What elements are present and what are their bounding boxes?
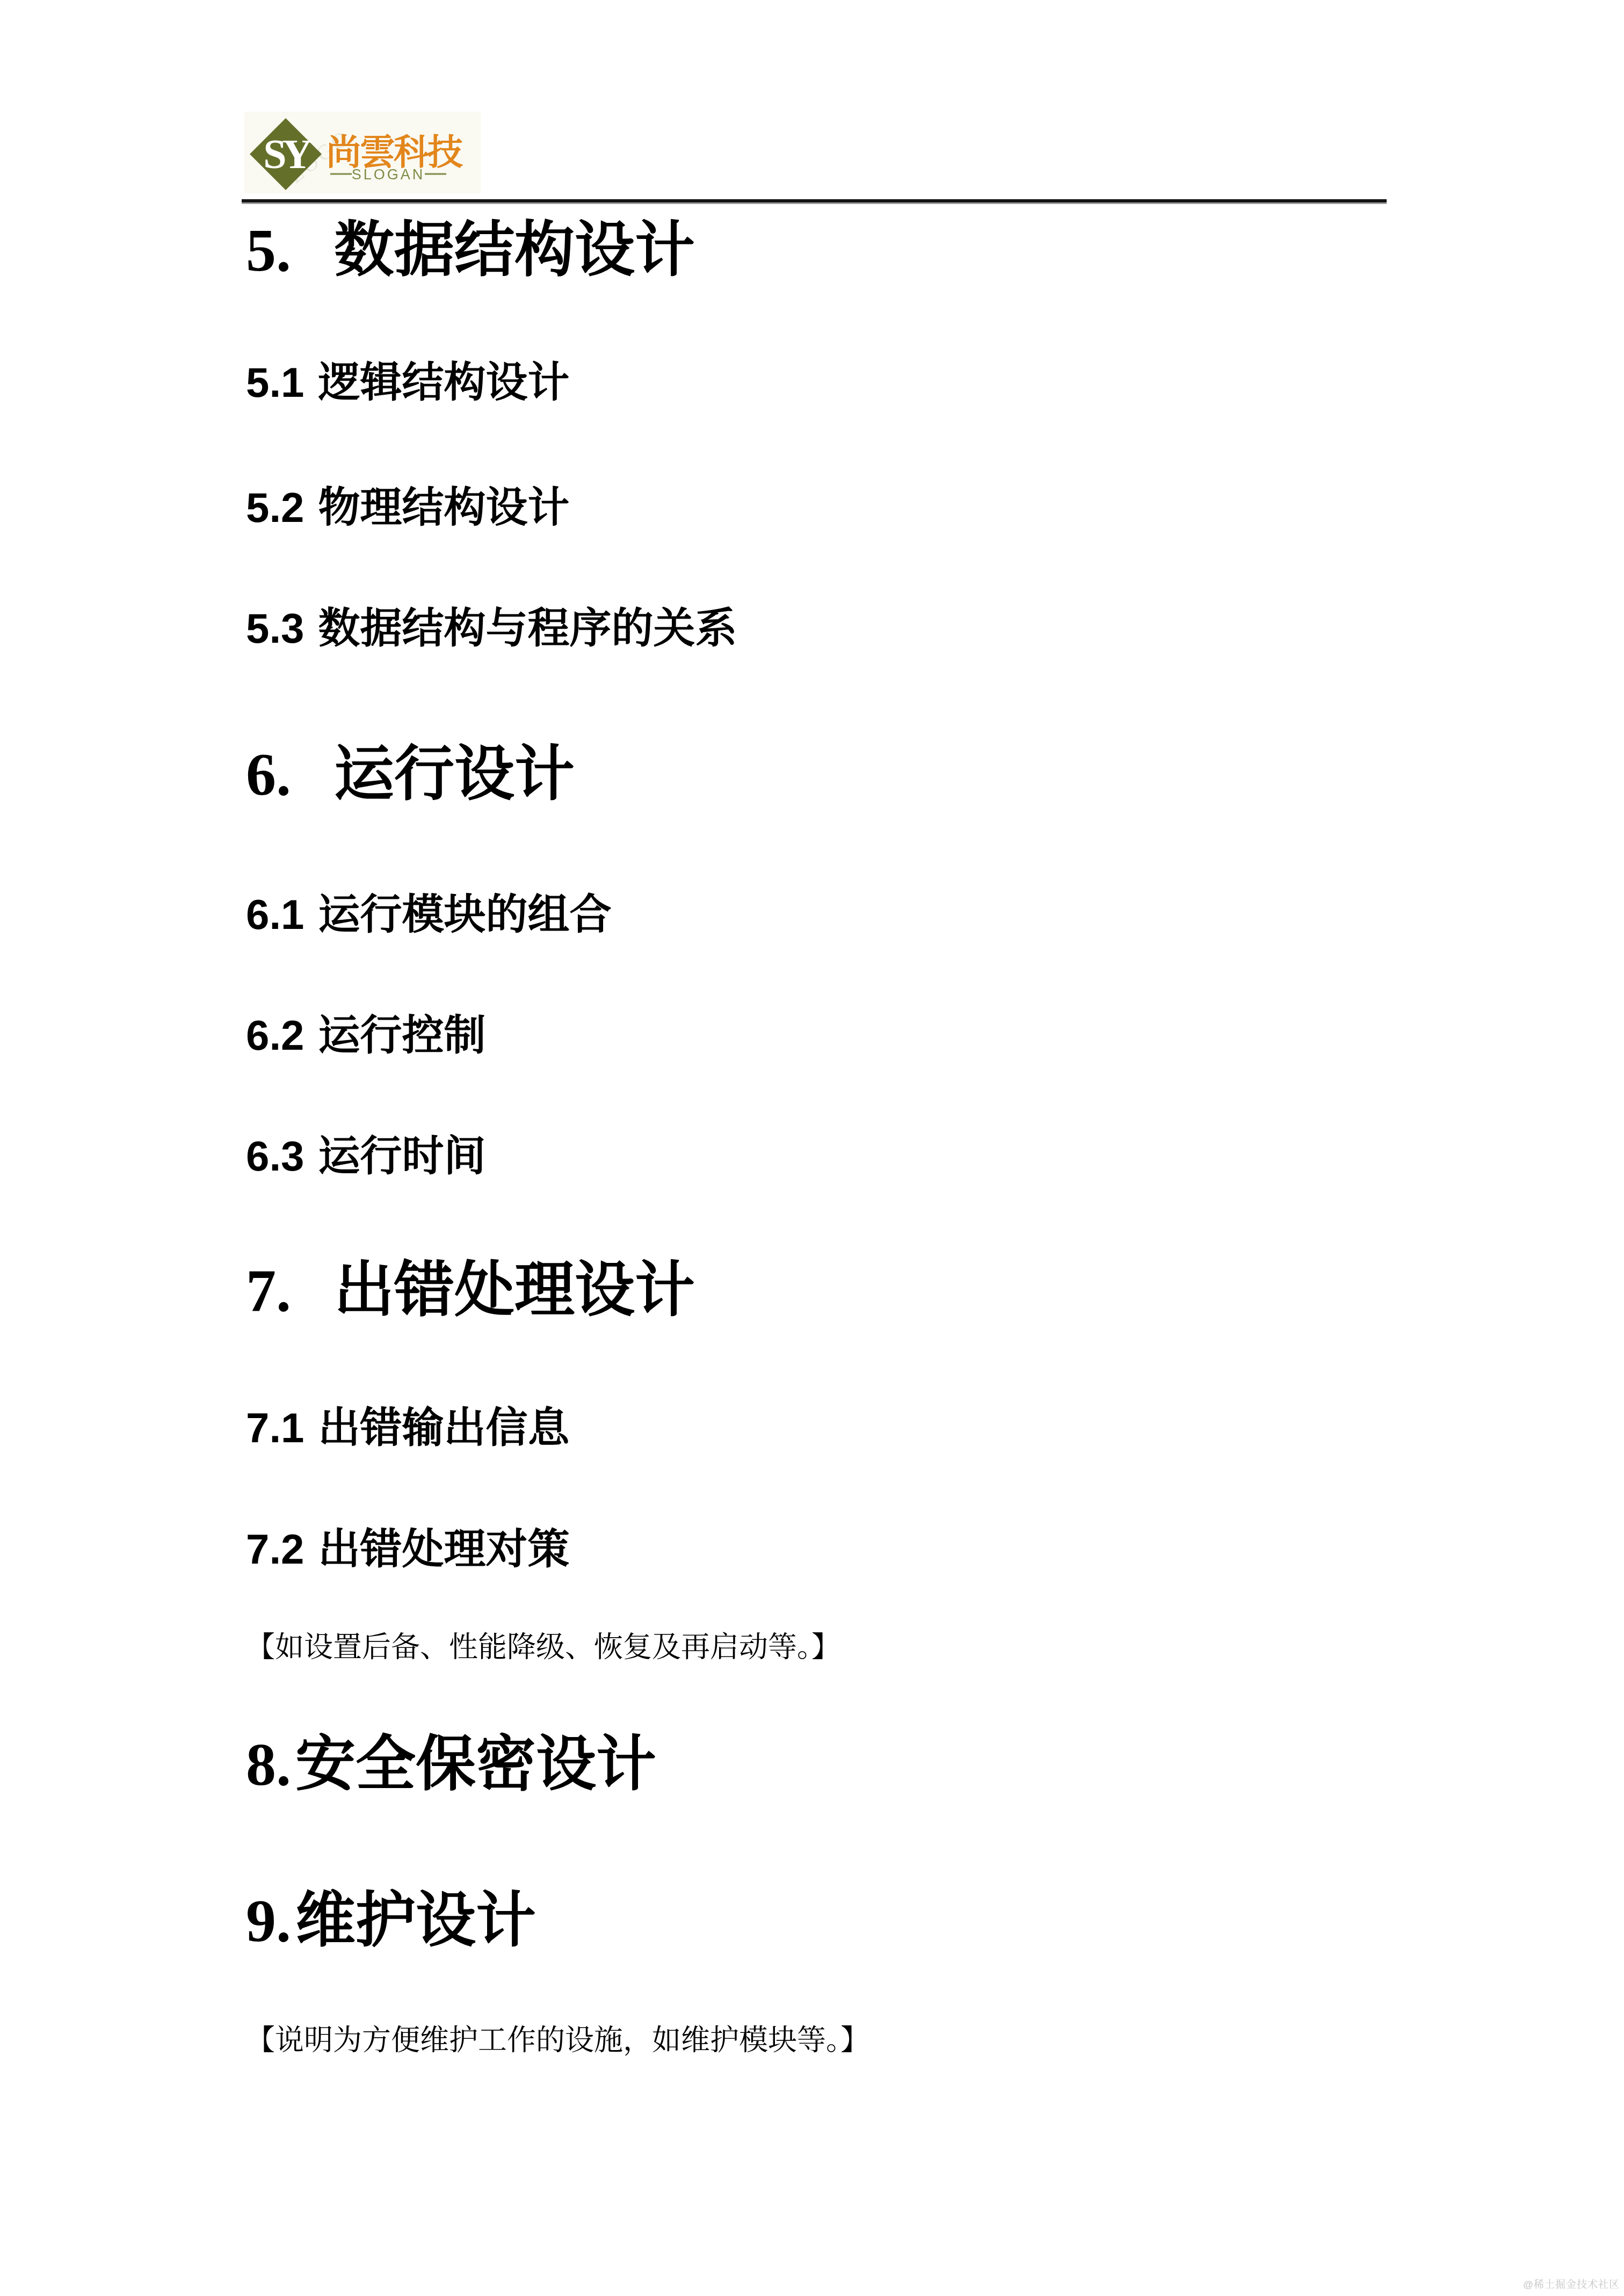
heading-number: 6.3 bbox=[246, 1132, 304, 1180]
heading-title: 出错处理对策 bbox=[318, 1525, 569, 1573]
heading-number: 5.1 bbox=[246, 359, 304, 406]
heading-5-2: 5.2物理结构设计 bbox=[246, 483, 569, 533]
heading-title: 数据结构与程序的关系 bbox=[318, 605, 737, 652]
heading-title: 运行设计 bbox=[334, 742, 575, 808]
heading-title: 逻辑结构设计 bbox=[318, 359, 569, 406]
heading-number: 9. bbox=[246, 1888, 291, 1954]
company-logo: LOGO SY 尚雲科技 SLOGAN bbox=[244, 112, 481, 193]
heading-title: 运行时间 bbox=[318, 1132, 485, 1180]
heading-title: 出错处理设计 bbox=[334, 1258, 695, 1324]
heading-title: 安全保密设计 bbox=[295, 1732, 656, 1798]
heading-6: 6.运行设计 bbox=[246, 739, 575, 811]
heading-number: 8. bbox=[246, 1732, 291, 1798]
heading-8: 8.安全保密设计 bbox=[246, 1729, 656, 1801]
site-watermark: @稀土掘金技术社区 bbox=[1523, 2277, 1620, 2291]
heading-number: 7. bbox=[246, 1258, 291, 1324]
header-divider-rule bbox=[242, 199, 1387, 204]
heading-7-2: 7.2出错处理对策 bbox=[246, 1524, 569, 1575]
heading-number: 5.3 bbox=[246, 605, 304, 652]
heading-number: 5.2 bbox=[246, 484, 304, 531]
heading-7-1: 7.1出错输出信息 bbox=[246, 1403, 569, 1454]
heading-5-3: 5.3数据结构与程序的关系 bbox=[246, 604, 737, 654]
heading-6-1: 6.1运行模块的组合 bbox=[246, 890, 611, 940]
heading-title: 数据结构设计 bbox=[334, 217, 695, 284]
heading-number: 6. bbox=[246, 742, 291, 808]
heading-number: 6.1 bbox=[246, 891, 304, 938]
logo-slogan: SLOGAN bbox=[352, 166, 425, 183]
document-page: LOGO SY 尚雲科技 SLOGAN 5.数据结构设计 5.1逻辑结构设计 5… bbox=[0, 0, 1624, 2296]
heading-9: 9.维护设计 bbox=[246, 1885, 536, 1957]
heading-title: 物理结构设计 bbox=[318, 484, 569, 531]
heading-6-3: 6.3运行时间 bbox=[246, 1131, 485, 1182]
heading-number: 5. bbox=[246, 217, 291, 284]
heading-title: 运行模块的组合 bbox=[318, 891, 611, 938]
heading-6-2: 6.2运行控制 bbox=[246, 1011, 485, 1061]
logo-monogram: SY bbox=[263, 130, 311, 177]
note-text: 【如设置后备、性能降级、恢复及再启动等。】 bbox=[246, 1631, 840, 1663]
note-text: 【说明为方便维护工作的设施，如维护模块等。】 bbox=[246, 2024, 869, 2057]
note-error-handling: 【如设置后备、性能降级、恢复及再启动等。】 bbox=[246, 1630, 840, 1665]
note-maintenance: 【说明为方便维护工作的设施，如维护模块等。】 bbox=[246, 2023, 869, 2058]
heading-number: 6.2 bbox=[246, 1012, 304, 1059]
company-logo-graphic: LOGO SY 尚雲科技 SLOGAN bbox=[244, 112, 481, 193]
heading-title: 运行控制 bbox=[318, 1012, 485, 1059]
heading-title: 维护设计 bbox=[295, 1888, 536, 1954]
heading-7: 7.出错处理设计 bbox=[246, 1255, 695, 1327]
heading-number: 7.1 bbox=[246, 1404, 304, 1451]
heading-5-1: 5.1逻辑结构设计 bbox=[246, 358, 569, 408]
heading-5: 5.数据结构设计 bbox=[246, 215, 695, 287]
heading-title: 出错输出信息 bbox=[318, 1404, 569, 1451]
heading-number: 7.2 bbox=[246, 1525, 304, 1573]
